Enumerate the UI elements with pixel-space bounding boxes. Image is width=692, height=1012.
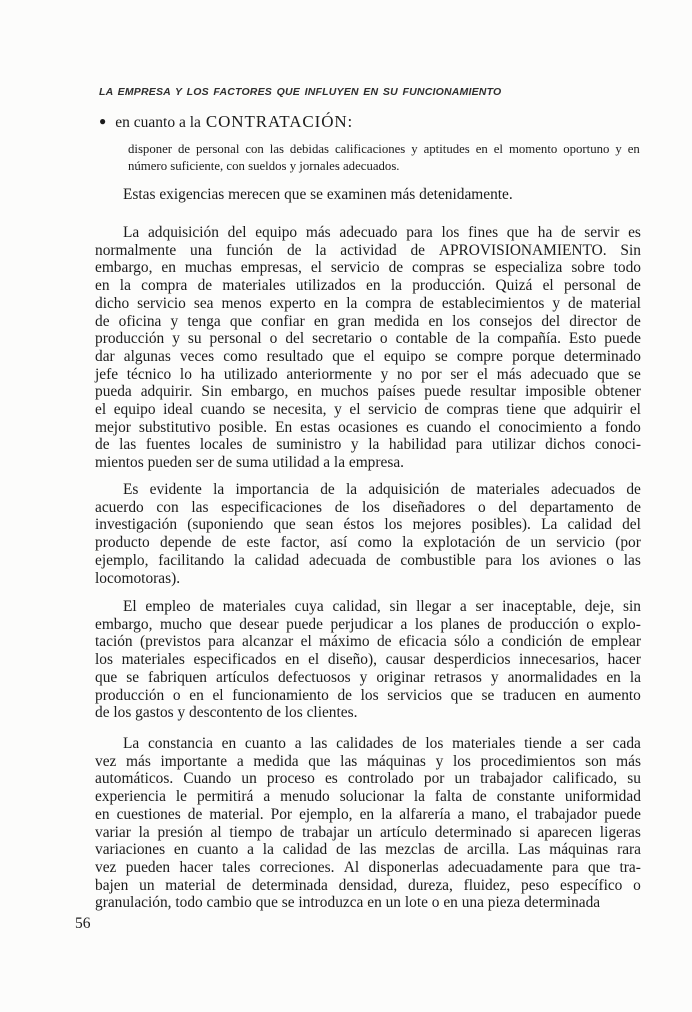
text-line: puedaadquirir.Sinembargo,enmuchospaísesp… — [95, 383, 641, 401]
text-line: quesefabriquenartículosdefectuososyorigi… — [95, 669, 641, 687]
text-line: mejorsubstitutivoposible.Enestasocasione… — [95, 419, 641, 437]
contract-bullet-item: ●en cuanto a laCONTRATACIÓN: — [99, 110, 353, 134]
text-line: bajenunmaterialdedeterminadadensidad,dur… — [95, 877, 641, 895]
bullet-icon: ● — [99, 114, 106, 128]
text-line: variacionesencuantoalacalidaddelasmezcla… — [95, 841, 641, 859]
text-line: locomotoras). — [95, 570, 641, 588]
contract-item-term: CONTRATACIÓN: — [206, 112, 353, 131]
paragraph-materiales-adecuados: Esevidentelaimportanciadelaadquisiciónde… — [95, 481, 641, 587]
text-line: número suficiente, con sueldos y jornale… — [128, 158, 640, 175]
running-header: LA EMPRESA Y LOS FACTORES QUE INFLUYEN E… — [99, 86, 501, 98]
text-line: granulación, todo cambio que se introduz… — [95, 894, 641, 912]
text-line: mientos pueden ser de suma utilidad a la… — [95, 454, 641, 472]
text-line: normalmenteunafuncióndelaactividaddeAPRO… — [95, 242, 641, 260]
text-line: encuestionesdematerial.Porejemplo,enlaal… — [95, 806, 641, 824]
text-line: producciónoenelfuncionamientodelosservic… — [95, 687, 641, 705]
text-line: variarlapresiónaltiempodetrabajarunartíc… — [95, 824, 641, 842]
text-line: tación(previstosparaalcanzarelmáximodeef… — [95, 633, 641, 651]
text-line: automáticos.Cuandounprocesoescontroladop… — [95, 770, 641, 788]
text-line: Laadquisicióndelequipomásadecuadoparalos… — [95, 224, 641, 242]
paragraph-exigencias: Estas exigencias merecen que se examinen… — [95, 186, 641, 204]
text-line: Laconstanciaencuantoalascalidadesdelosma… — [95, 735, 641, 753]
text-line: producciónysupersonalodelsecretarioocont… — [95, 330, 641, 348]
text-line: disponerdepersonalconlasdebidascalificac… — [128, 141, 640, 158]
text-line: deoficinaytengaqueconfiarengranmedidaenl… — [95, 313, 641, 331]
text-line: acuerdoconlasespecificacionesdelosdiseña… — [95, 499, 641, 517]
text-line: jefetécnicolohautilizadoanteriormenteyno… — [95, 366, 641, 384]
text-line: losmaterialesespecificadoseneldiseño),ca… — [95, 651, 641, 669]
text-line: embargo,enmuchasempresas,elserviciodecom… — [95, 259, 641, 277]
paragraph-calidad-materiales: Elempleodematerialescuyacalidad,sinllega… — [95, 598, 641, 722]
text-line: delasfuenteslocalesdesuministroylahabili… — [95, 436, 641, 454]
page-number: 56 — [75, 915, 91, 933]
text-line: embargo,muchoquedesearpuedeperjudicaralo… — [95, 616, 641, 634]
text-line: experiencialepermitiráamenudosolucionarl… — [95, 788, 641, 806]
text-line: Esevidentelaimportanciadelaadquisiciónde… — [95, 481, 641, 499]
text-line: investigación(suponiendoqueseanéstoslosm… — [95, 516, 641, 534]
paragraph-adquisicion-equipo: Laadquisicióndelequipomásadecuadoparalos… — [95, 224, 641, 472]
document-page: LA EMPRESA Y LOS FACTORES QUE INFLUYEN E… — [0, 0, 692, 1012]
text-line: Elempleodematerialescuyacalidad,sinllega… — [95, 598, 641, 616]
text-line: daralgunasvecescomoresultadoqueelequipos… — [95, 348, 641, 366]
paragraph-constancia-calidades: Laconstanciaencuantoalascalidadesdelosma… — [95, 735, 641, 912]
text-line: de los gastos y descontento de los clien… — [95, 704, 641, 722]
text-line: enlacompradematerialesutilizadosenlaprod… — [95, 277, 641, 295]
text-line: ejemplo,facilitandolacalidadadecuadadeco… — [95, 552, 641, 570]
text-line: vezpuedenhacertalescorreciones.Aldispone… — [95, 859, 641, 877]
text-line: elequipoidealcuandosenecesita,yelservici… — [95, 401, 641, 419]
text-line: Estas exigencias merecen que se examinen… — [95, 186, 641, 204]
text-line: dichoservicioseamenosexpertoenlacomprade… — [95, 295, 641, 313]
contract-definition-quote: disponerdepersonalconlasdebidascalificac… — [128, 141, 640, 174]
text-line: productodependedeestefactor,asícomolaexp… — [95, 534, 641, 552]
contract-item-lead: en cuanto a la — [115, 114, 201, 131]
text-line: vezmásimportanteamedidaquelasmáquinasylo… — [95, 753, 641, 771]
